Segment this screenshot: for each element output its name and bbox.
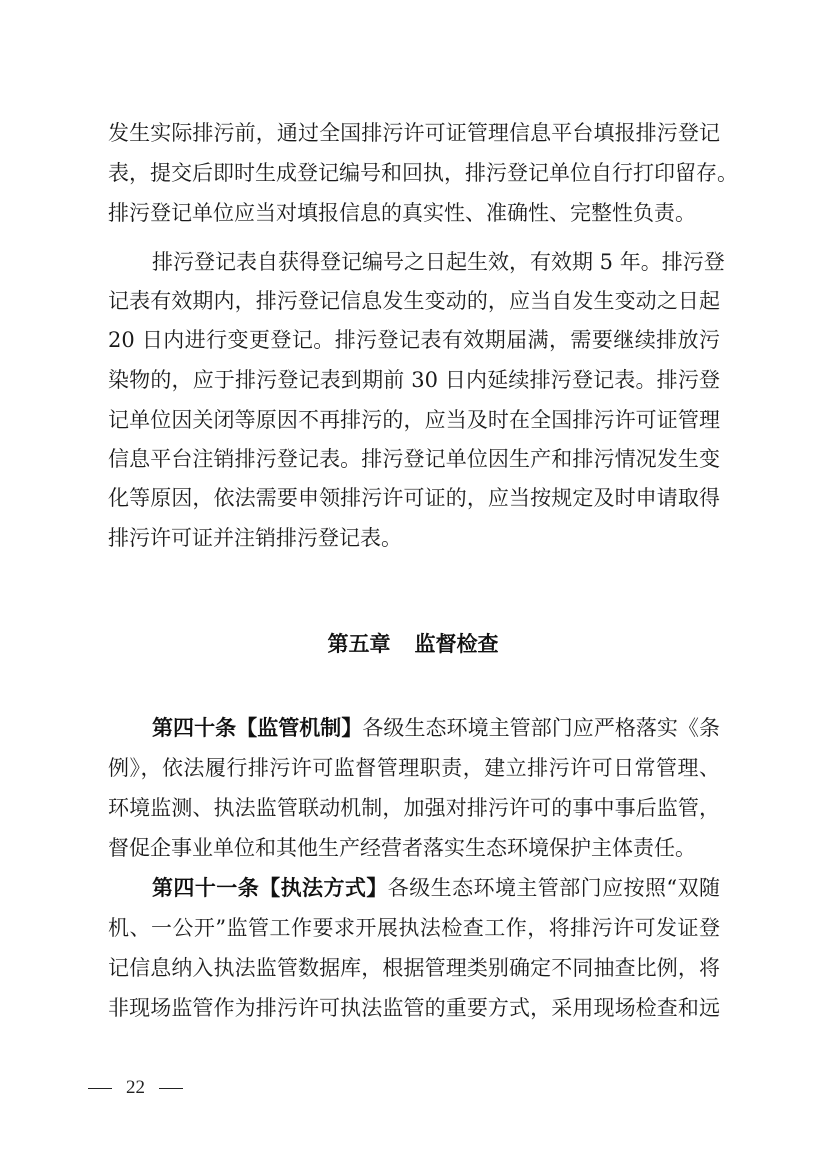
text-line: 20 日内进行变更登记。排污登记表有效期届满，需要继续排放污 [108,325,720,355]
text-line: 染物的，应于排污登记表到期前 30 日内延续排污登记表。排污登 [108,365,720,395]
page-number: 22 [88,1074,183,1102]
dash-left [88,1088,112,1089]
chapter-number: 第五章 [328,632,391,656]
article-text: 各级生态环境主管部门应按照“双随 [388,876,720,900]
text-line: 例》，依法履行排污许可监督管理职责，建立排污许可日常管理、 [108,753,720,783]
article-number: 第四十一条 [152,876,259,900]
text-line: 排污许可证并注销排污登记表。 [108,523,720,553]
document-page: 发生实际排污前，通过全国排污许可证管理信息平台填报排污登记 表，提交后即时生成登… [0,0,826,1169]
text-line: 发生实际排污前，通过全国排污许可证管理信息平台填报排污登记 [108,118,720,148]
article-text: 各级生态环境主管部门应严格落实《条 [362,716,720,740]
text-line: 化等原因，依法需要申领排污许可证的，应当按规定及时申请取得 [108,483,720,513]
text-line: 督促企事业单位和其他生产经营者落实生态环境保护主体责任。 [108,833,720,863]
text-line: 非现场监管作为排污许可执法监管的重要方式，采用现场检查和远 [108,993,720,1023]
text-line: 表，提交后即时生成登记编号和回执，排污登记单位自行打印留存。 [108,158,720,188]
text-line: 环境监测、执法监管联动机制，加强对排污许可的事中事后监管， [108,793,720,823]
text-line: 排污登记表自获得登记编号之日起生效，有效期 5 年。排污登 [152,247,720,277]
chapter-title: 监督检查 [415,632,499,656]
dash-right [159,1088,183,1089]
text-line: 记单位因关闭等原因不再排污的，应当及时在全国排污许可证管理 [108,405,720,435]
article-first-line: 第四十一条【执法方式】各级生态环境主管部门应按照“双随 [152,873,720,903]
article-first-line: 第四十条【监管机制】各级生态环境主管部门应严格落实《条 [152,713,720,743]
text-line: 信息平台注销排污登记表。排污登记单位因生产和排污情况发生变 [108,444,720,474]
text-line: 排污登记单位应当对填报信息的真实性、准确性、完整性负责。 [108,198,720,228]
page-number-value: 22 [126,1074,145,1102]
text-line: 记信息纳入执法监管数据库，根据管理类别确定不同抽查比例，将 [108,953,720,983]
article-heading: 【监管机制】 [236,716,362,740]
chapter-heading: 第五章监督检查 [0,628,826,660]
article-heading: 【执法方式】 [259,876,388,900]
article-number: 第四十条 [152,716,236,740]
text-line: 记表有效期内，排污登记信息发生变动的，应当自发生变动之日起 [108,286,720,316]
text-line: 机、一公开”监管工作要求开展执法检查工作，将排污许可发证登 [108,913,720,943]
